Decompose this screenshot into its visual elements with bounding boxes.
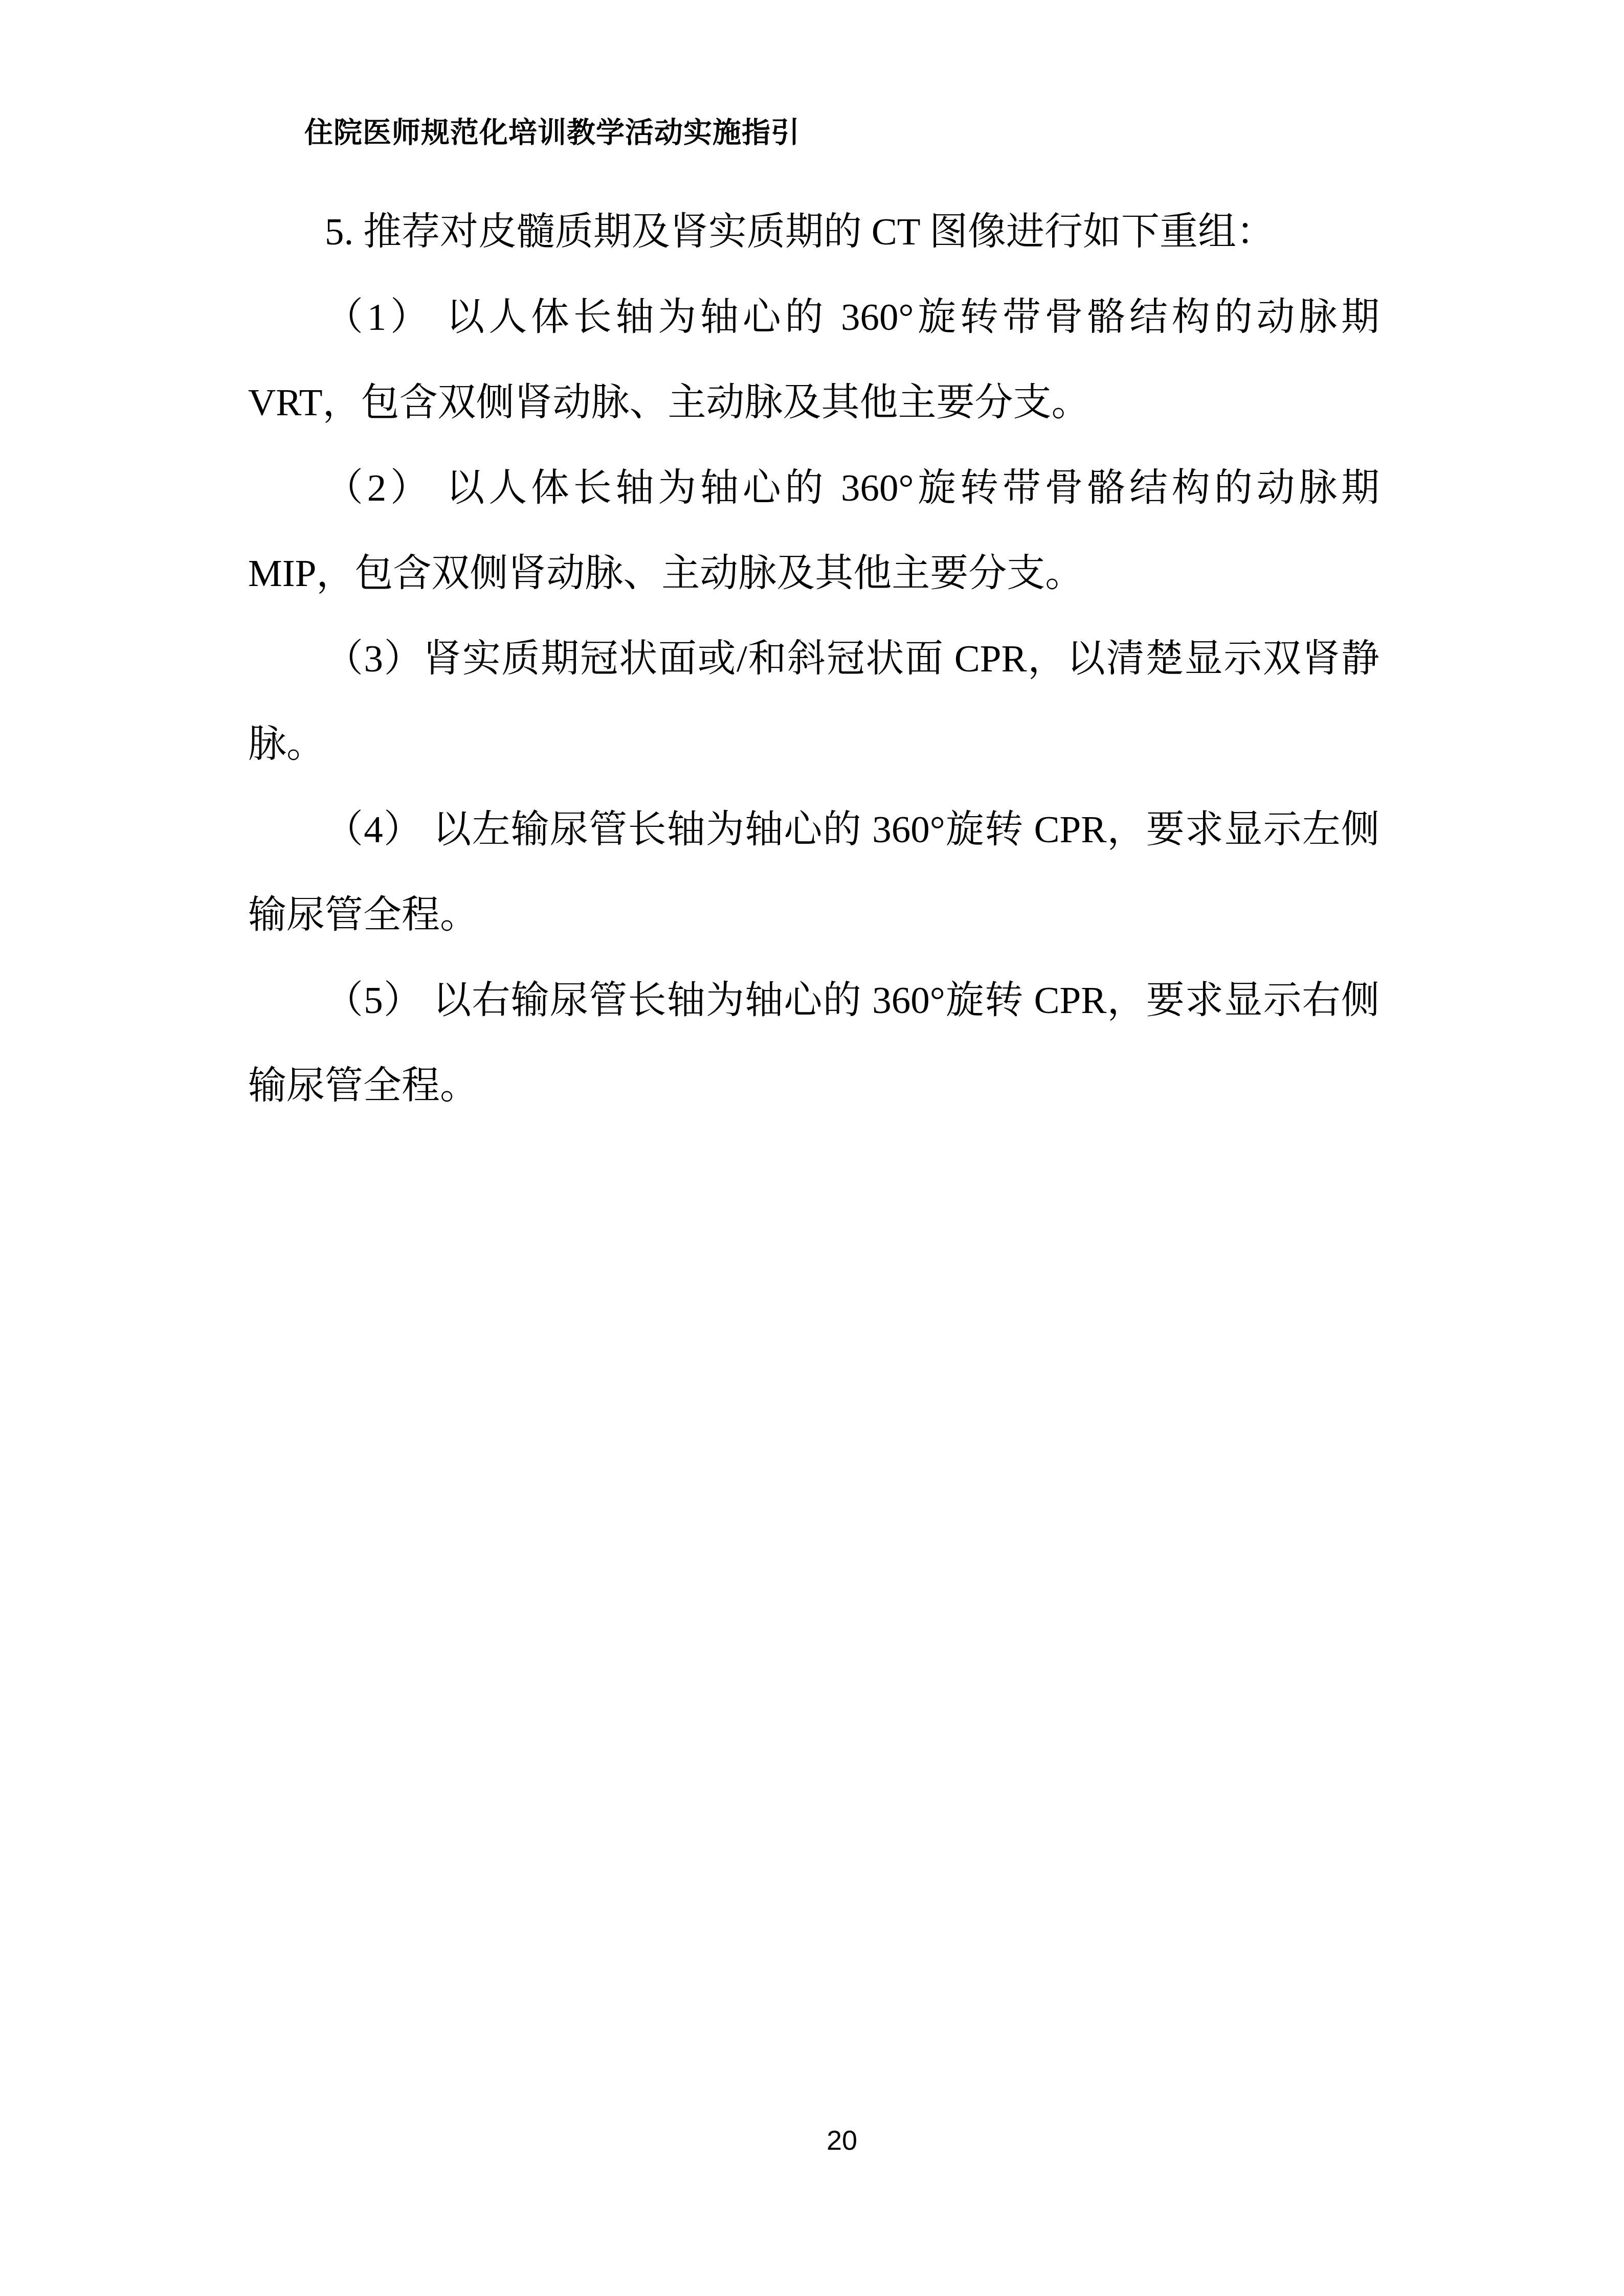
document-body: 5. 推荐对皮髓质期及肾实质期的 CT 图像进行如下重组： （1） 以人体长轴为… <box>248 189 1380 1129</box>
page-number: 20 <box>827 2125 857 2156</box>
page-header: 住院医师规范化培训教学活动实施指引 <box>304 117 800 149</box>
paragraph-sub-2: （2） 以人体长轴为轴心的 360°旋转带骨骼结构的动脉期 MIP，包含双侧肾动… <box>248 445 1380 616</box>
paragraph-item-5: 5. 推荐对皮髓质期及肾实质期的 CT 图像进行如下重组： <box>248 189 1380 275</box>
paragraph-sub-1: （1） 以人体长轴为轴心的 360°旋转带骨骼结构的动脉期 VRT，包含双侧肾动… <box>248 275 1380 445</box>
paragraph-sub-4: （4） 以左输尿管长轴为轴心的 360°旋转 CPR，要求显示左侧输尿管全程。 <box>248 787 1380 958</box>
paragraph-sub-5: （5） 以右输尿管长轴为轴心的 360°旋转 CPR，要求显示右侧输尿管全程。 <box>248 958 1380 1129</box>
paragraph-sub-3: （3）肾实质期冠状面或/和斜冠状面 CPR，以清楚显示双肾静脉。 <box>248 616 1380 787</box>
document-page: 住院医师规范化培训教学活动实施指引 5. 推荐对皮髓质期及肾实质期的 CT 图像… <box>0 0 1624 2296</box>
